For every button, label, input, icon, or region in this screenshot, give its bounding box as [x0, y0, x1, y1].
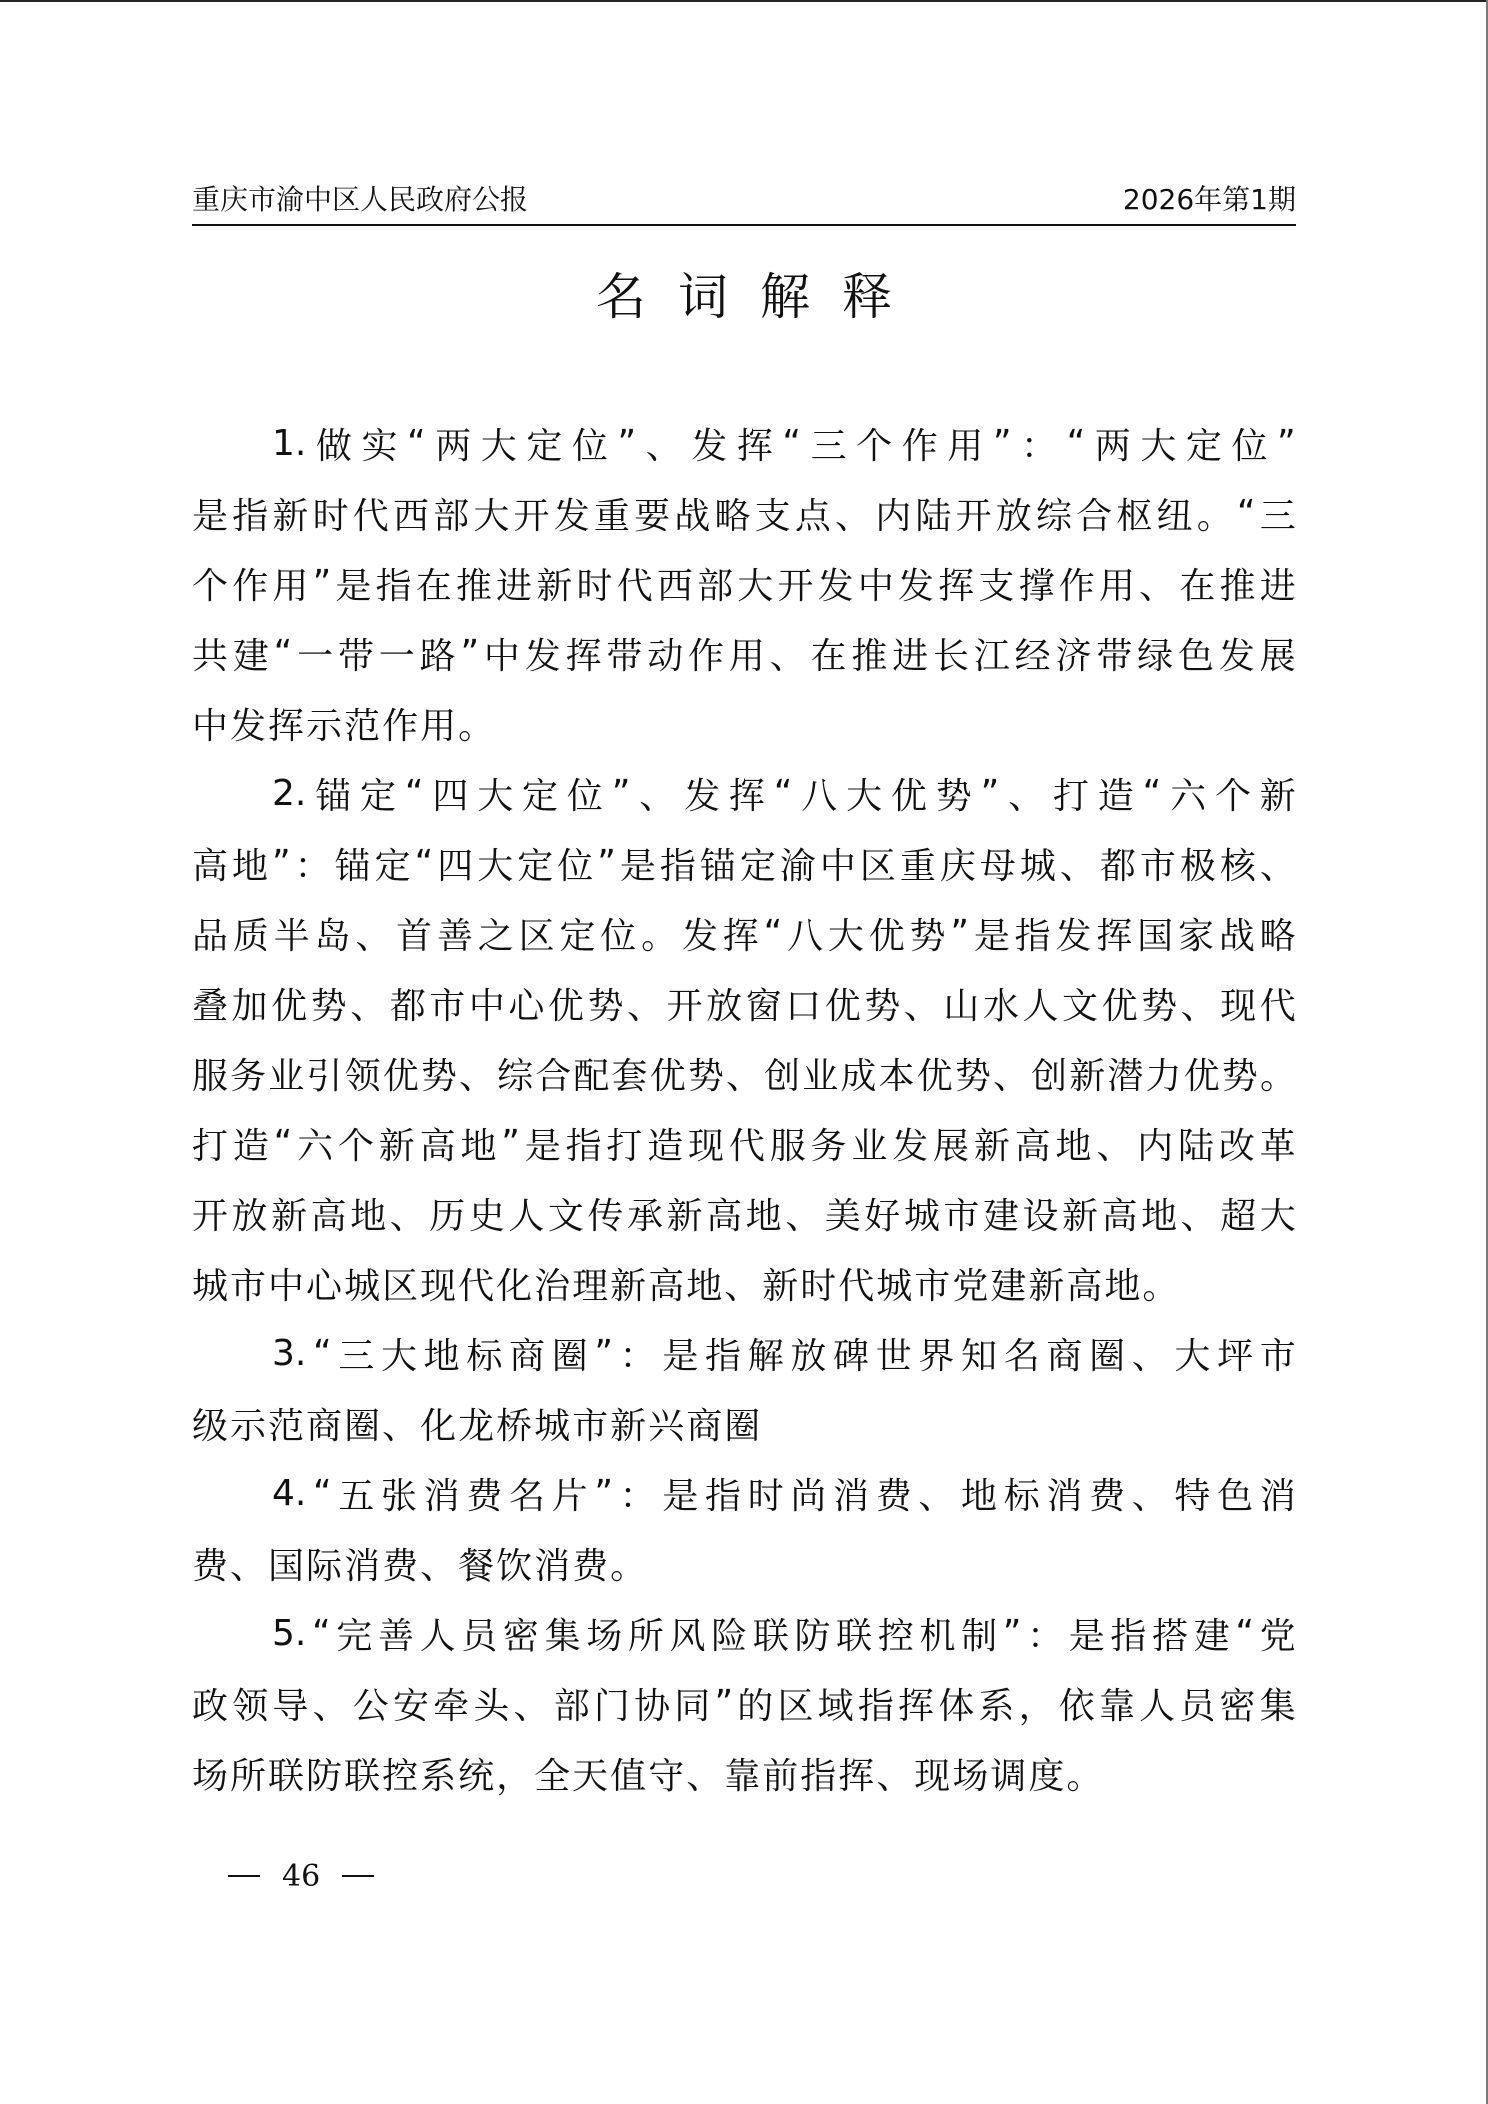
entry-number: 5.: [272, 1613, 306, 1654]
publication-title: 重庆市渝中区人民政府公报: [192, 178, 528, 218]
dash-right: [342, 1875, 374, 1877]
entry-line: 打造“六个新高地”是指打造现代服务业发展新高地、内陆改革: [192, 1108, 1296, 1178]
entry-number: 3.: [272, 1333, 306, 1374]
header-rule: [192, 224, 1296, 226]
entry-line: 政领导、公安牵头、部门协同”的区域指挥体系，依靠人员密集: [192, 1668, 1296, 1738]
entry-first-line: 4.“五张消费名片”：是指时尚消费、地标消费、特色消: [192, 1458, 1296, 1528]
entry-number: 2.: [272, 773, 306, 814]
glossary-body: 1.做实“两大定位”、发挥“三个作用”：“两大定位”是指新时代西部大开发重要战略…: [192, 408, 1296, 1808]
entry-line: 服务业引领优势、综合配套优势、创业成本优势、创新潜力优势。: [192, 1038, 1296, 1108]
dash-left: [228, 1875, 260, 1877]
glossary-entry: 4.“五张消费名片”：是指时尚消费、地标消费、特色消费、国际消费、餐饮消费。: [192, 1458, 1296, 1598]
page-number: 46: [228, 1856, 374, 1896]
entry-line: 品质半岛、首善之区定位。发挥“八大优势”是指发挥国家战略: [192, 898, 1296, 968]
entry-first-line: 5.“完善人员密集场所风险联防联控机制”：是指搭建“党: [192, 1598, 1296, 1668]
entry-line: 个作用”是指在推进新时代西部大开发中发挥支撑作用、在推进: [192, 548, 1296, 618]
page-title: 名词解释: [0, 262, 1488, 332]
entry-line: 共建“一带一路”中发挥带动作用、在推进长江经济带绿色发展: [192, 618, 1296, 688]
entry-line: 高地”：锚定“四大定位”是指锚定渝中区重庆母城、都市极核、: [192, 828, 1296, 898]
glossary-entry: 1.做实“两大定位”、发挥“三个作用”：“两大定位”是指新时代西部大开发重要战略…: [192, 408, 1296, 758]
glossary-entry: 5.“完善人员密集场所风险联防联控机制”：是指搭建“党政领导、公安牵头、部门协同…: [192, 1598, 1296, 1808]
entry-first-line: 2.锚定“四大定位”、发挥“八大优势”、打造“六个新: [192, 758, 1296, 828]
entry-first-line: 1.做实“两大定位”、发挥“三个作用”：“两大定位”: [192, 408, 1296, 478]
entry-line: 场所联防联控系统，全天值守、靠前指挥、现场调度。: [192, 1738, 1296, 1808]
running-header: 重庆市渝中区人民政府公报 2026年第1期: [192, 178, 1296, 218]
entry-line: 城市中心城区现代化治理新高地、新时代城市党建新高地。: [192, 1248, 1296, 1318]
entry-line: 叠加优势、都市中心优势、开放窗口优势、山水人文优势、现代: [192, 968, 1296, 1038]
entry-number: 4.: [272, 1473, 306, 1514]
page-top-border: [0, 0, 1488, 2]
entry-line: 开放新高地、历史人文传承新高地、美好城市建设新高地、超大: [192, 1178, 1296, 1248]
entry-line: 中发挥示范作用。: [192, 688, 1296, 758]
entry-first-line: 3.“三大地标商圈”：是指解放碑世界知名商圈、大坪市: [192, 1318, 1296, 1388]
glossary-entry: 2.锚定“四大定位”、发挥“八大优势”、打造“六个新高地”：锚定“四大定位”是指…: [192, 758, 1296, 1318]
entry-line: 是指新时代西部大开发重要战略支点、内陆开放综合枢纽。“三: [192, 478, 1296, 548]
glossary-entry: 3.“三大地标商圈”：是指解放碑世界知名商圈、大坪市级示范商圈、化龙桥城市新兴商…: [192, 1318, 1296, 1458]
entry-number: 1.: [272, 423, 306, 464]
issue-label: 2026年第1期: [1123, 178, 1296, 218]
entry-line: 费、国际消费、餐饮消费。: [192, 1528, 1296, 1598]
page-number-value: 46: [282, 1859, 320, 1894]
entry-line: 级示范商圈、化龙桥城市新兴商圈: [192, 1388, 1296, 1458]
